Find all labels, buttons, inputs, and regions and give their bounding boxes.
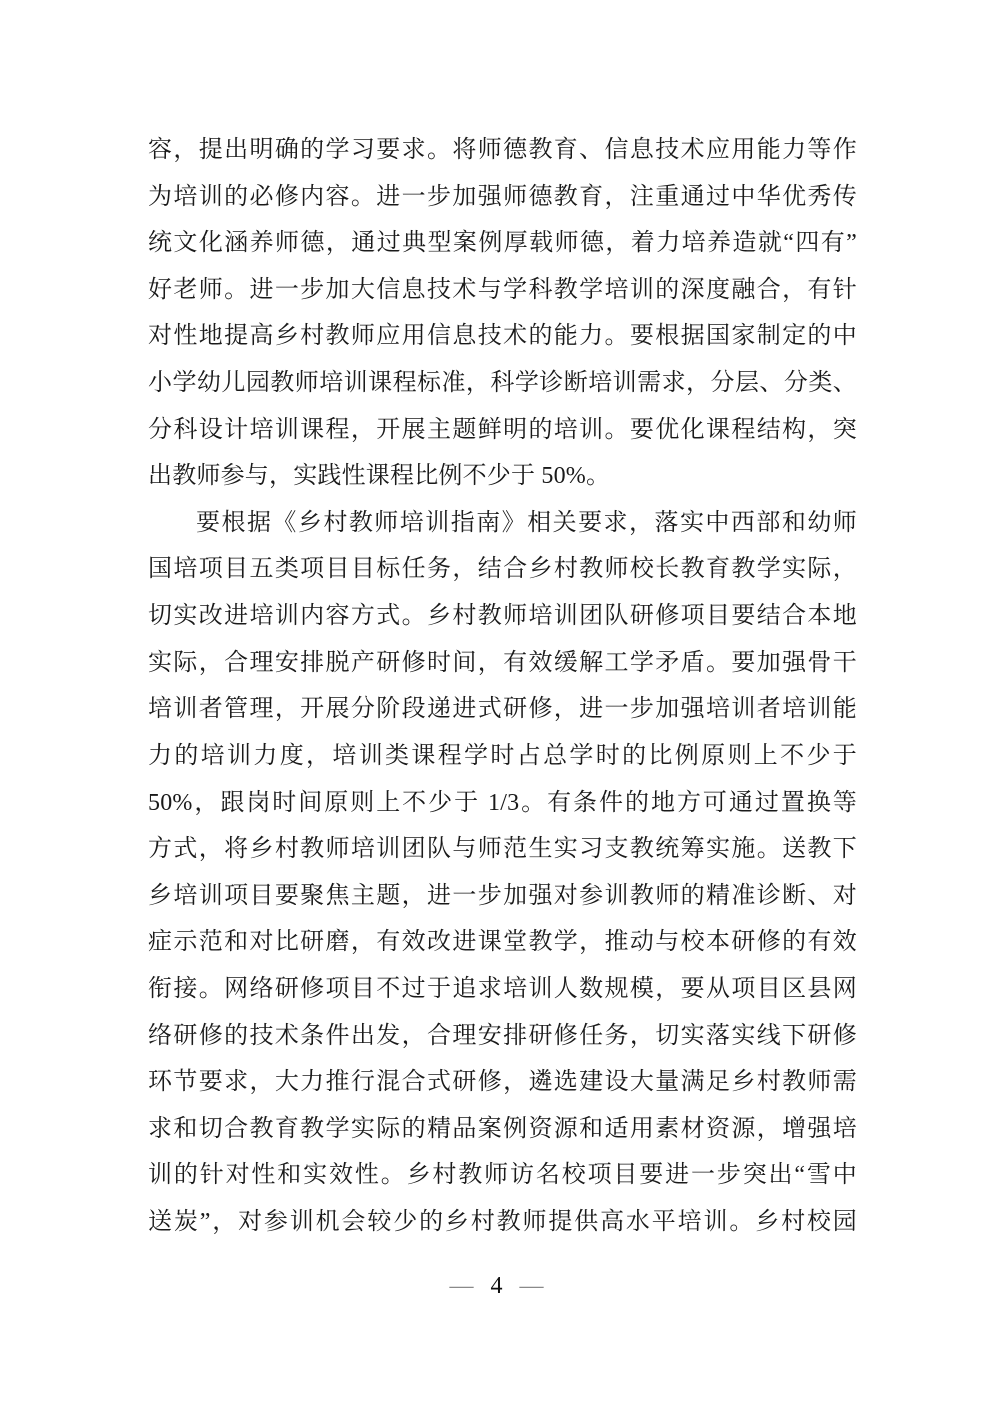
text-line: 容，提出明确的学习要求。将师德教育、信息技术应用能力等作 <box>148 127 857 174</box>
text-line: 小学幼儿园教师培训课程标准，科学诊断培训需求，分层、分类、 <box>148 360 857 407</box>
text-line: 络研修的技术条件出发，合理安排研修任务，切实落实线下研修 <box>148 1013 857 1060</box>
text-line: 方式，将乡村教师培训团队与师范生实习支教统筹实施。送教下 <box>148 826 857 873</box>
text-line: 切实改进培训内容方式。乡村教师培训团队研修项目要结合本地 <box>148 593 857 640</box>
page-footer: —4— <box>0 1270 993 1302</box>
text-line: 为培训的必修内容。进一步加强师德教育，注重通过中华优秀传 <box>148 174 857 221</box>
page-number: 4 <box>491 1273 503 1299</box>
text-line: 对性地提高乡村教师应用信息技术的能力。要根据国家制定的中 <box>148 313 857 360</box>
footer-dash-left: — <box>450 1273 474 1299</box>
text-line: 分科设计培训课程，开展主题鲜明的培训。要优化课程结构，突 <box>148 407 857 454</box>
text-line: 统文化涵养师德，通过典型案例厚载师德，着力培养造就“四有” <box>148 220 857 267</box>
text-line: 症示范和对比研磨，有效改进课堂教学，推动与校本研修的有效 <box>148 919 857 966</box>
text-line: 好老师。进一步加大信息技术与学科教学培训的深度融合，有针 <box>148 267 857 314</box>
text-line: 求和切合教育教学实际的精品案例资源和适用素材资源，增强培 <box>148 1106 857 1153</box>
paragraph-1: 容，提出明确的学习要求。将师德教育、信息技术应用能力等作 为培训的必修内容。进一… <box>148 127 857 500</box>
body-text: 容，提出明确的学习要求。将师德教育、信息技术应用能力等作 为培训的必修内容。进一… <box>148 127 857 1246</box>
text-line: 50%，跟岗时间原则上不少于 1/3。有条件的地方可通过置换等 <box>148 780 857 827</box>
paragraph-2: 要根据《乡村教师培训指南》相关要求，落实中西部和幼师 国培项目五类项目目标任务，… <box>148 500 857 1246</box>
text-line: 乡培训项目要聚焦主题，进一步加强对参训教师的精准诊断、对 <box>148 873 857 920</box>
text-line: 力的培训力度，培训类课程学时占总学时的比例原则上不少于 <box>148 733 857 780</box>
text-line: 训的针对性和实效性。乡村教师访名校项目要进一步突出“雪中 <box>148 1152 857 1199</box>
text-line: 实际，合理安排脱产研修时间，有效缓解工学矛盾。要加强骨干 <box>148 640 857 687</box>
text-line: 送炭”，对参训机会较少的乡村教师提供高水平培训。乡村校园 <box>148 1199 857 1246</box>
text-line: 要根据《乡村教师培训指南》相关要求，落实中西部和幼师 <box>148 500 857 547</box>
footer-dash-right: — <box>520 1273 544 1299</box>
text-line: 环节要求，大力推行混合式研修，遴选建设大量满足乡村教师需 <box>148 1059 857 1106</box>
text-line: 衔接。网络研修项目不过于追求培训人数规模，要从项目区县网 <box>148 966 857 1013</box>
text-line: 国培项目五类项目目标任务，结合乡村教师校长教育教学实际， <box>148 546 857 593</box>
text-line: 培训者管理，开展分阶段递进式研修，进一步加强培训者培训能 <box>148 686 857 733</box>
text-line: 出教师参与，实践性课程比例不少于 50%。 <box>148 453 857 500</box>
document-page: 容，提出明确的学习要求。将师德教育、信息技术应用能力等作 为培训的必修内容。进一… <box>0 0 993 1404</box>
